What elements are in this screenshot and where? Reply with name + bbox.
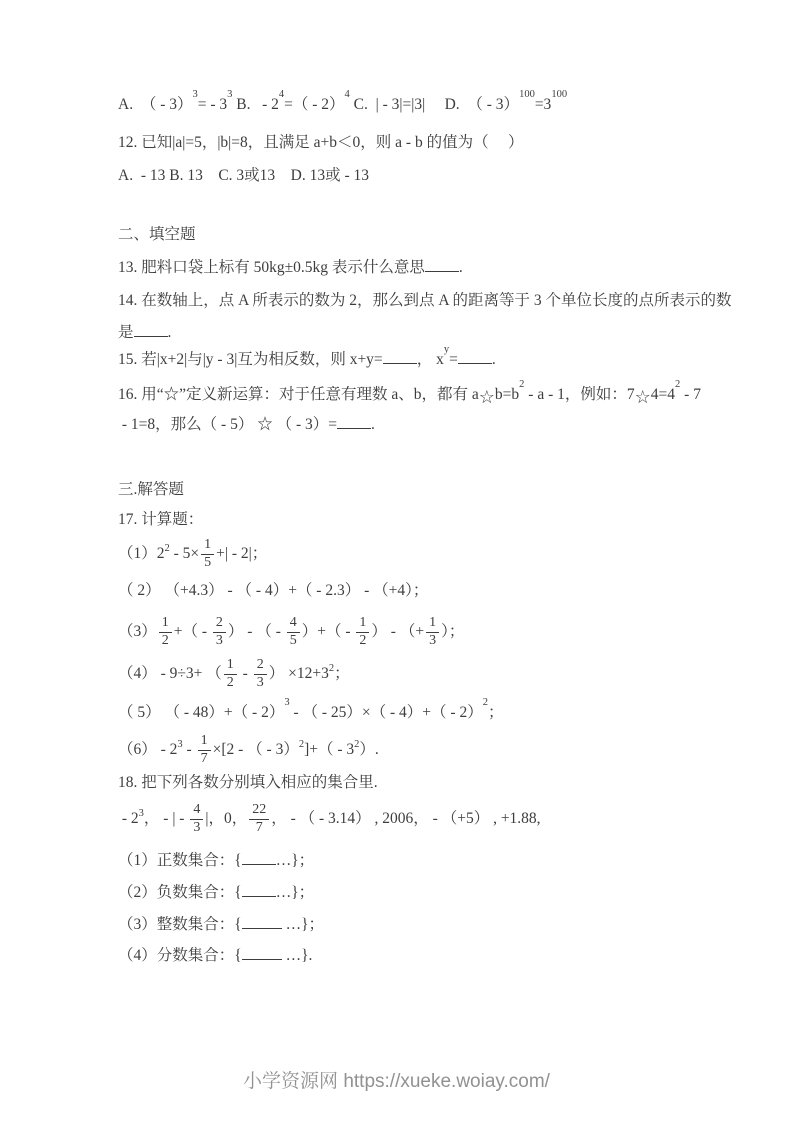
- blank-underline: [383, 351, 417, 364]
- fraction-denominator: 3: [213, 633, 226, 650]
- text-run: …}；: [276, 884, 314, 901]
- fraction: 227: [249, 802, 269, 837]
- text-run: ]+（ - 3: [304, 740, 354, 760]
- text-run: ）；: [441, 622, 464, 642]
- line-q17-4: （4） - 9÷3+ （12 - 23） ×12+32；: [118, 653, 785, 695]
- superscript: 3: [192, 89, 197, 100]
- line-q17-6: （6） - 23 - 17×[2 - （ - 3）2]+（ - 32）.: [118, 729, 785, 771]
- fraction-numerator: 1: [201, 537, 214, 555]
- text-run: 12. 已知|a|=5，|b|=8，且满足 a+b＜0，则 a - b 的值为（…: [118, 134, 523, 151]
- page-footer: 小学资源网 https://xueke.woiay.com/: [0, 1066, 793, 1093]
- blank-underline: [242, 916, 282, 929]
- fraction-denominator: 3: [426, 633, 439, 650]
- text-run: 13. 肥料口袋上标有 50kg±0.5kg 表示什么意思: [118, 259, 425, 276]
- text-run: ；: [488, 704, 504, 721]
- fraction-numerator: 2: [213, 615, 226, 633]
- fraction-numerator: 1: [159, 615, 172, 633]
- fraction-denominator: 3: [190, 820, 203, 837]
- text-run: ） ×12+3: [269, 664, 329, 684]
- worksheet-page: A. （ - 3）3= - 33 B. - 24=（ - 2）4 C. | - …: [0, 0, 793, 1122]
- superscript: 100: [551, 89, 567, 100]
- text-run: ） - （+: [371, 622, 424, 642]
- fraction: 12: [159, 615, 172, 650]
- text-run: （4） - 9÷3+ （: [118, 664, 222, 684]
- text-run: - （ - 25）×（ - 4）+（ - 2）: [290, 704, 483, 721]
- fraction: 23: [213, 615, 226, 650]
- fraction: 12: [356, 615, 369, 650]
- fraction-denominator: 7: [198, 751, 211, 768]
- footer-site-text: 小学资源网 https://xueke.woiay.com/: [243, 1071, 550, 1092]
- blank-underline: [337, 416, 371, 429]
- text-run: ， - （ - 3.14） , 2006， - （+5） , +1.88,: [271, 809, 540, 829]
- superscript: 4: [345, 89, 350, 100]
- text-run: （1）2: [118, 544, 165, 564]
- fraction-denominator: 5: [287, 633, 300, 650]
- text-run: +（ -: [174, 622, 211, 642]
- superscript: 2: [299, 740, 304, 751]
- text-run: - 2: [118, 809, 139, 829]
- text-run: …}；: [276, 852, 314, 869]
- text-run: - 1=8，那么（ - 5） ☆ （ - 3）=: [118, 416, 337, 433]
- line-q14a: 14. 在数轴上，点 A 所表示的数为 2，那么到点 A 的距离等于 3 个单位…: [118, 291, 785, 311]
- fraction-denominator: 5: [201, 555, 214, 572]
- text-run: 是: [118, 324, 134, 341]
- text-run: ；: [334, 664, 350, 684]
- line-q12: 12. 已知|a|=5，|b|=8，且满足 a+b＜0，则 a - b 的值为（…: [118, 133, 785, 153]
- text-run: ， x: [417, 351, 444, 368]
- superscript: 2: [519, 379, 524, 390]
- line-q17-1: （1）22 - 5×15+| - 2|；: [118, 533, 785, 575]
- fraction-numerator: 1: [198, 733, 211, 751]
- text-run: .: [371, 416, 375, 433]
- text-run: ， - | -: [144, 809, 188, 829]
- text-run: 三.解答题: [118, 481, 184, 498]
- text-run: ） - （ -: [228, 622, 285, 642]
- line-q11-options: A. （ - 3）3= - 33 B. - 24=（ - 2）4 C. | - …: [118, 95, 785, 115]
- line-q12-options: A. - 13 B. 13 C. 3或13 D. 13或 - 13: [118, 166, 785, 186]
- superscript: 3: [139, 809, 144, 820]
- fraction: 13: [426, 615, 439, 650]
- text-run: b=b: [495, 386, 519, 403]
- superscript: 3: [177, 740, 182, 751]
- text-run: …}.: [282, 947, 313, 964]
- text-run: -: [183, 740, 196, 760]
- fraction: 43: [190, 802, 203, 837]
- text-run: （3）整数集合：{: [118, 916, 242, 933]
- text-run: -: [239, 664, 252, 684]
- line-q13: 13. 肥料口袋上标有 50kg±0.5kg 表示什么意思.: [118, 258, 785, 278]
- star-operator-icon: ☆: [479, 388, 495, 406]
- fraction-numerator: 4: [287, 615, 300, 633]
- fraction-numerator: 2: [254, 657, 267, 675]
- text-run: B. - 2: [232, 96, 279, 113]
- text-run: （ 5） （ - 48）+（ - 2）: [118, 704, 284, 721]
- text-run: （3）: [118, 622, 157, 642]
- line-q18-2: （2）负数集合：{…}；: [118, 883, 785, 903]
- fraction-numerator: 1: [356, 615, 369, 633]
- text-run: A. （ - 3）: [118, 96, 192, 113]
- line-q17-5: （ 5） （ - 48）+（ - 2）3 - （ - 25）×（ - 4）+（ …: [118, 703, 785, 723]
- text-run: +| - 2|；: [216, 544, 267, 564]
- blank-underline: [425, 259, 459, 272]
- fraction: 15: [201, 537, 214, 572]
- text-run: A. - 13 B. 13 C. 3或13 D. 13或 - 13: [118, 167, 369, 184]
- superscript: 2: [675, 379, 680, 390]
- superscript: 3: [227, 89, 232, 100]
- blank-underline: [242, 884, 276, 897]
- superscript: 2: [165, 544, 170, 555]
- text-run: ）+（ -: [302, 622, 355, 642]
- text-run: 18. 把下列各数分别填入相应的集合里.: [118, 774, 378, 791]
- superscript: 100: [519, 89, 535, 100]
- fraction-denominator: 2: [159, 633, 172, 650]
- blank-underline: [242, 852, 276, 865]
- line-q16a: 16. 用“☆”定义新运算：对于任意有理数 a、b，都有 a☆b=b2 - a …: [118, 384, 785, 405]
- text-run: （2）负数集合：{: [118, 884, 242, 901]
- text-run: （6） - 2: [118, 740, 177, 760]
- star-operator-icon: ☆: [635, 388, 651, 406]
- line-q18-1: （1）正数集合：{…}；: [118, 851, 785, 871]
- fraction-numerator: 1: [224, 657, 237, 675]
- line-q17: 17. 计算题：: [118, 510, 785, 530]
- line-q18-numbers: - 23， - | - 43|，0，227， - （ - 3.14） , 200…: [118, 798, 785, 840]
- line-q14b: 是.: [118, 323, 785, 343]
- fraction-denominator: 7: [253, 820, 266, 837]
- text-run: 二、填空题: [118, 226, 196, 243]
- text-run: = - 3: [198, 96, 227, 113]
- line-sec-3: 三.解答题: [118, 480, 785, 500]
- text-run: （1）正数集合：{: [118, 852, 242, 869]
- text-run: 4=4: [651, 386, 675, 403]
- text-run: |，0，: [205, 809, 247, 829]
- line-q17-3: （3）12+（ - 23） - （ - 45）+（ - 12） - （+13）；: [118, 611, 785, 653]
- superscript: 3: [284, 697, 289, 708]
- text-run: ）.: [359, 740, 378, 760]
- text-run: C. | - 3|=|3| D. （ - 3）: [350, 96, 519, 113]
- line-q18: 18. 把下列各数分别填入相应的集合里.: [118, 773, 785, 793]
- text-run: 14. 在数轴上，点 A 所表示的数为 2，那么到点 A 的距离等于 3 个单位…: [118, 292, 732, 309]
- text-run: …}；: [282, 916, 324, 933]
- fraction-numerator: 1: [426, 615, 439, 633]
- fraction-denominator: 2: [224, 675, 237, 692]
- fraction: 45: [287, 615, 300, 650]
- text-run: - 5×: [170, 544, 199, 564]
- fraction-denominator: 3: [254, 675, 267, 692]
- line-q16b: - 1=8，那么（ - 5） ☆ （ - 3）=.: [118, 415, 785, 435]
- line-q17-2: （ 2） （+4.3） - （ - 4）+（ - 2.3） - （+4）；: [118, 581, 785, 601]
- text-run: - 7: [680, 386, 701, 403]
- blank-underline: [134, 324, 168, 337]
- text-run: .: [492, 351, 496, 368]
- blank-underline: [242, 947, 282, 960]
- text-run: - a - 1，例如：7: [524, 386, 634, 403]
- text-run: =3: [535, 96, 552, 113]
- line-q18-4: （4）分数集合：{ …}.: [118, 946, 785, 966]
- text-run: 15. 若|x+2|与|y - 3|互为相反数，则 x+y=: [118, 351, 383, 368]
- superscript: 2: [329, 664, 334, 675]
- fraction-numerator: 4: [190, 802, 203, 820]
- text-run: （4）分数集合：{: [118, 947, 242, 964]
- fraction: 17: [198, 733, 211, 768]
- text-run: ×[2 - （ - 3）: [213, 740, 299, 760]
- line-sec-2: 二、填空题: [118, 225, 785, 245]
- text-run: （ 2） （+4.3） - （ - 4）+（ - 2.3） - （+4）；: [118, 582, 428, 599]
- blank-underline: [458, 351, 492, 364]
- worksheet-body: A. （ - 3）3= - 33 B. - 24=（ - 2）4 C. | - …: [118, 95, 785, 966]
- line-q15: 15. 若|x+2|与|y - 3|互为相反数，则 x+y=， xy=.: [118, 350, 785, 370]
- text-run: .: [459, 259, 463, 276]
- superscript: 2: [483, 697, 488, 708]
- text-run: =: [449, 351, 458, 368]
- superscript: 4: [279, 89, 284, 100]
- fraction-numerator: 22: [249, 802, 269, 820]
- fraction: 23: [254, 657, 267, 692]
- text-run: =（ - 2）: [284, 96, 344, 113]
- line-q18-3: （3）整数集合：{ …}；: [118, 915, 785, 935]
- text-run: 16. 用“☆”定义新运算：对于任意有理数 a、b，都有 a: [118, 386, 479, 403]
- fraction: 12: [224, 657, 237, 692]
- text-run: .: [168, 324, 172, 341]
- superscript: y: [444, 344, 449, 355]
- superscript: 2: [354, 740, 359, 751]
- text-run: 17. 计算题：: [118, 511, 203, 528]
- fraction-denominator: 2: [356, 633, 369, 650]
